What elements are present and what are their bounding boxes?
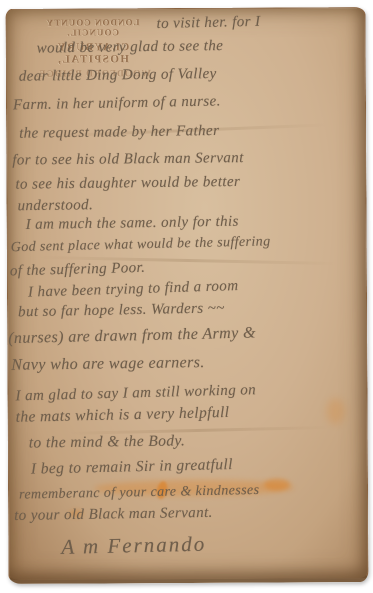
- letter-line: for to see his old Black man Servant: [12, 150, 244, 169]
- letter-line: I am much the same. only for this: [26, 214, 239, 234]
- letter-line: dear little Ding Dong of Valley: [19, 66, 217, 86]
- letter-line: to see his daughter would be better: [15, 174, 240, 194]
- letter-line: God sent place what would be the sufferi…: [11, 234, 271, 256]
- letter-line: I have been trying to find a room: [28, 278, 239, 302]
- letter-line: to visit her. for I: [156, 14, 260, 33]
- letter-paper: LONDON COUNTY COUNCIL. CLAYBURY HOSPITAL…: [5, 7, 368, 584]
- letter-line: Navy who are wage earners.: [11, 354, 205, 375]
- letterhead-line: LONDON COUNTY COUNCIL.: [19, 17, 167, 38]
- letter-line: (nurses) are drawn from the Army &: [8, 324, 256, 348]
- letter-scan: LONDON COUNTY COUNCIL. CLAYBURY HOSPITAL…: [0, 0, 373, 593]
- letter-line: of the suffering Poor.: [10, 260, 146, 281]
- letter-line: the mats which is a very helpfull: [15, 404, 229, 427]
- rust-stain: [327, 398, 345, 424]
- letter-line: understood.: [17, 197, 93, 215]
- letter-line: I beg to remain Sir in greatfull: [31, 456, 233, 479]
- letter-line: rememberanc of your care & kindnesses: [19, 483, 260, 504]
- letter-line: I am glad to say I am still working on: [15, 382, 256, 405]
- letter-line: Farm. in her uniform of a nurse.: [13, 93, 221, 114]
- letter-line: but so far hope less. Warders ~~: [18, 300, 225, 321]
- rust-stain: [264, 478, 290, 490]
- letter-line: to the mind & the Body.: [29, 432, 186, 452]
- signature: A m Fernando: [61, 532, 206, 560]
- letter-line: would be very glad to see the: [37, 38, 224, 58]
- letter-line: to your old Black man Servant.: [14, 505, 213, 525]
- letter-line: the request made by her Father: [19, 123, 219, 143]
